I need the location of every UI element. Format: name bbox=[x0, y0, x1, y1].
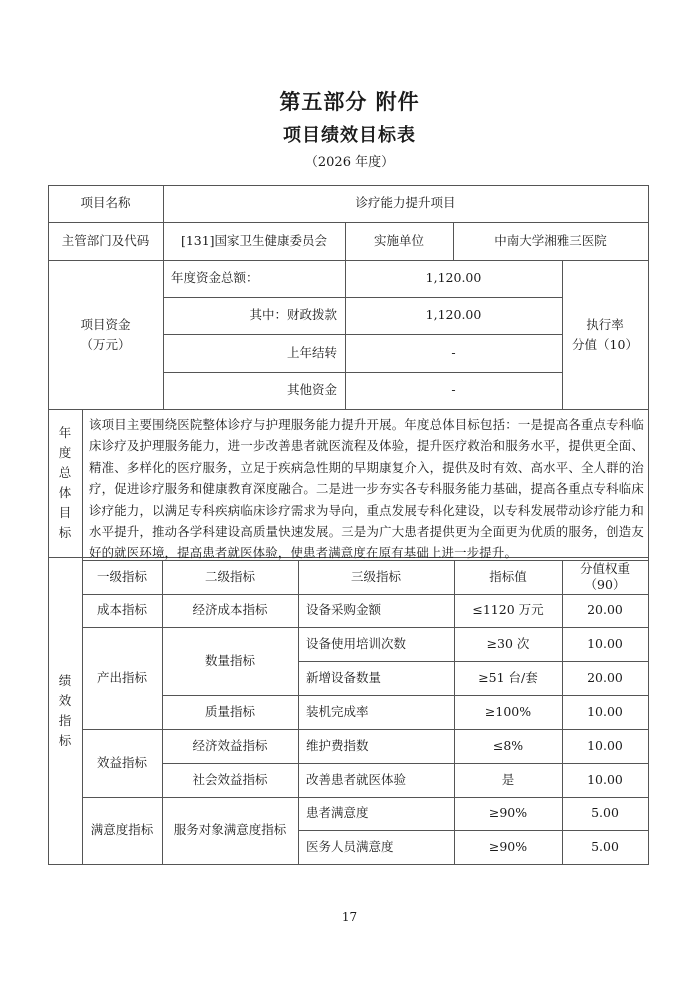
header-value: 指标值 bbox=[454, 560, 562, 594]
level2-social-benefit: 社会效益指标 bbox=[162, 763, 298, 797]
unit-label: 实施单位 bbox=[345, 222, 453, 260]
level2-quality: 质量指标 bbox=[162, 695, 298, 729]
table-title: 项目绩效目标表 bbox=[0, 121, 699, 147]
weight-cell: 10.00 bbox=[562, 695, 648, 729]
level1-output: 产出指标 bbox=[82, 627, 162, 729]
funding-carryover-value: - bbox=[345, 334, 562, 372]
value-cell: ≥30 次 bbox=[454, 627, 562, 661]
funding-fiscal-value: 1,120.00 bbox=[345, 297, 562, 334]
page-number: 17 bbox=[0, 910, 699, 924]
project-name-value: 诊疗能力提升项目 bbox=[163, 185, 648, 222]
weight-cell: 5.00 bbox=[562, 797, 648, 830]
dept-value: [131]国家卫生健康委员会 bbox=[163, 222, 345, 260]
label-char: 效 bbox=[59, 691, 72, 711]
header-weight: 分值权重 （90） bbox=[562, 560, 648, 594]
header-level2: 二级指标 bbox=[162, 560, 298, 594]
label-char: 绩 bbox=[59, 671, 72, 691]
execution-rate-line2: 分值（10） bbox=[572, 335, 638, 355]
level2-economic-benefit: 经济效益指标 bbox=[162, 729, 298, 763]
year-label: （2026 年度） bbox=[0, 151, 699, 170]
level3-cell: 设备采购金额 bbox=[298, 594, 454, 627]
level3-cell: 改善患者就医体验 bbox=[298, 763, 454, 797]
table-border-bottom bbox=[48, 864, 649, 865]
project-name-label: 项目名称 bbox=[48, 185, 163, 222]
header-level3: 三级指标 bbox=[298, 560, 454, 594]
header-weight-line1: 分值权重 bbox=[580, 561, 630, 577]
level3-cell: 设备使用培训次数 bbox=[298, 627, 454, 661]
weight-cell: 5.00 bbox=[562, 830, 648, 864]
level2-quantity: 数量指标 bbox=[162, 627, 298, 695]
label-char: 标 bbox=[59, 523, 72, 543]
dept-label: 主管部门及代码 bbox=[48, 222, 163, 260]
label-char: 年 bbox=[59, 423, 72, 443]
weight-cell: 10.00 bbox=[562, 627, 648, 661]
weight-cell: 10.00 bbox=[562, 763, 648, 797]
value-cell: 是 bbox=[454, 763, 562, 797]
funding-label-line2: （万元） bbox=[80, 335, 130, 355]
level3-cell: 维护费指数 bbox=[298, 729, 454, 763]
level3-cell: 装机完成率 bbox=[298, 695, 454, 729]
level3-cell: 医务人员满意度 bbox=[298, 830, 454, 864]
annual-goal-label: 年 度 总 体 目 标 bbox=[48, 409, 82, 557]
header-weight-line2: （90） bbox=[585, 577, 626, 593]
value-cell: ≥100% bbox=[454, 695, 562, 729]
funding-other-label: 其他资金 bbox=[163, 372, 345, 409]
level1-benefit: 效益指标 bbox=[82, 729, 162, 797]
label-char: 总 bbox=[59, 463, 72, 483]
label-char: 体 bbox=[59, 483, 72, 503]
value-cell: ≤1120 万元 bbox=[454, 594, 562, 627]
funding-carryover-label: 上年结转 bbox=[163, 334, 345, 372]
funding-fiscal-label: 其中：财政拨款 bbox=[163, 297, 345, 334]
label-char: 指 bbox=[59, 711, 72, 731]
value-cell: ≤8% bbox=[454, 729, 562, 763]
divider bbox=[48, 409, 649, 410]
funding-label-line1: 项目资金 bbox=[80, 315, 130, 335]
label-char: 标 bbox=[59, 731, 72, 751]
funding-other-value: - bbox=[345, 372, 562, 409]
label-char: 度 bbox=[59, 443, 72, 463]
weight-cell: 20.00 bbox=[562, 661, 648, 695]
label-char: 目 bbox=[59, 503, 72, 523]
weight-cell: 20.00 bbox=[562, 594, 648, 627]
level1-satisfaction: 满意度指标 bbox=[82, 797, 162, 864]
annual-goal-text: 该项目主要围绕医院整体诊疗与护理服务能力提升开展。年度总体目标包括：一是提高各重… bbox=[89, 414, 644, 564]
funding-total-value: 1,120.00 bbox=[345, 260, 562, 297]
level2-service-satisfaction: 服务对象满意度指标 bbox=[162, 797, 298, 864]
indicators-section-label: 绩 效 指 标 bbox=[48, 557, 82, 864]
level2-economic-cost: 经济成本指标 bbox=[162, 594, 298, 627]
level1-cost: 成本指标 bbox=[82, 594, 162, 627]
header-level1: 一级指标 bbox=[82, 560, 162, 594]
unit-value: 中南大学湘雅三医院 bbox=[453, 222, 648, 260]
level3-cell: 新增设备数量 bbox=[298, 661, 454, 695]
value-cell: ≥90% bbox=[454, 797, 562, 830]
execution-rate-label: 执行率 分值（10） bbox=[562, 260, 648, 409]
value-cell: ≥51 台/套 bbox=[454, 661, 562, 695]
level3-cell: 患者满意度 bbox=[298, 797, 454, 830]
value-cell: ≥90% bbox=[454, 830, 562, 864]
weight-cell: 10.00 bbox=[562, 729, 648, 763]
execution-rate-line1: 执行率 bbox=[586, 315, 624, 335]
part-title: 第五部分 附件 bbox=[0, 86, 699, 116]
funding-total-label: 年度资金总额： bbox=[163, 260, 345, 297]
funding-label: 项目资金 （万元） bbox=[48, 260, 163, 409]
